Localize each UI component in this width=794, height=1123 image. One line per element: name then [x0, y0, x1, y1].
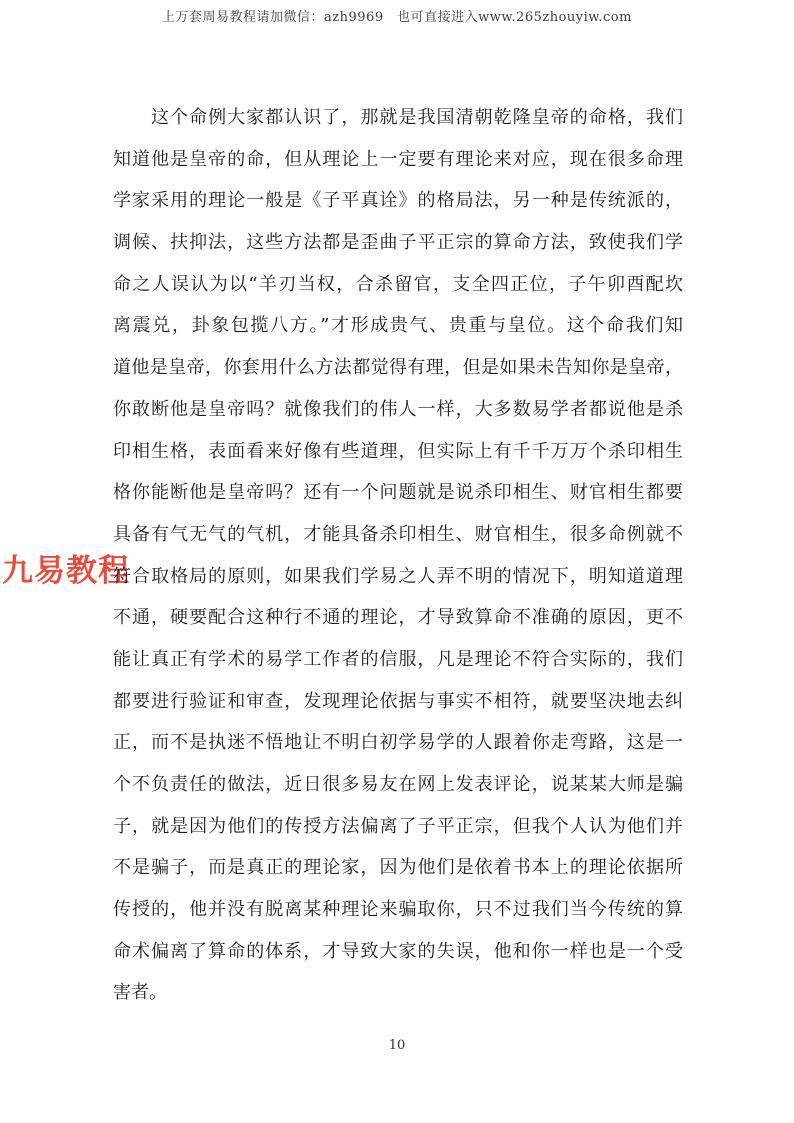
text-line: 印相生格，表面看来好像有些道理，但实际上有千千万万个杀印相生: [113, 431, 683, 473]
text-line: 具备有气无气的气机，才能具备杀印相生、财官相生，很多命例就不: [113, 514, 683, 556]
text-line: 能让真正有学术的易学工作者的信服，凡是理论不符合实际的，我们: [113, 639, 683, 681]
text-line: 子，就是因为他们的传授方法偏离了子平正宗，但我个人认为他们并: [113, 806, 683, 848]
text-line: 命之人误认为以“羊刃当权，合杀留官，支全四正位，子午卯酉配坎: [113, 264, 683, 306]
text-line: 格你能断他是皇帝吗？还有一个问题就是说杀印相生、财官相生都要: [113, 472, 683, 514]
text-line: 调候、扶抑法，这些方法都是歪曲子平正宗的算命方法，致使我们学: [113, 222, 683, 264]
text-line: 你敢断他是皇帝吗？就像我们的伟人一样，大多数易学者都说他是杀: [113, 389, 683, 431]
text-line: 学家采用的理论一般是《子平真诠》的格局法，另一种是传统派的，: [113, 180, 683, 222]
text-line: 正，而不是执迷不悟地让不明白初学易学的人跟着你走弯路，这是一: [113, 722, 683, 764]
text-line: 命术偏离了算命的体系，才导致大家的失误，他和你一样也是一个受: [113, 931, 683, 973]
text-line: 不通，硬要配合这种行不通的理论，才导致算命不准确的原因，更不: [113, 597, 683, 639]
document-page: 上万套周易教程请加微信：azh9969 也可直接进入www.265zhouyiw…: [0, 0, 794, 1123]
watermark: 九易教程: [2, 545, 130, 590]
text-line: 符合取格局的原则，如果我们学易之人弄不明的情况下，明知道道理: [113, 556, 683, 598]
text-line: 都要进行验证和审查，发现理论依据与事实不相符，就要坚决地去纠: [113, 681, 683, 723]
text-line: 这个命例大家都认识了，那就是我国清朝乾隆皇帝的命格，我们: [113, 97, 683, 139]
page-number: 10: [0, 1038, 794, 1053]
text-line: 道他是皇帝，你套用什么方法都觉得有理，但是如果未告知你是皇帝，: [113, 347, 683, 389]
text-line: 不是骗子，而是真正的理论家，因为他们是依着书本上的理论依据所: [113, 847, 683, 889]
text-line: 传授的，他并没有脱离某种理论来骗取你，只不过我们当今传统的算: [113, 889, 683, 931]
header-contact-text: 上万套周易教程请加微信：azh9969 也可直接进入www.265zhouyiw…: [0, 6, 794, 25]
text-line: 知道他是皇帝的命，但从理论上一定要有理论来对应，现在很多命理: [113, 139, 683, 181]
body-text: 这个命例大家都认识了，那就是我国清朝乾隆皇帝的命格，我们 知道他是皇帝的命，但从…: [113, 97, 683, 1014]
text-line: 离震兑，卦象包揽八方。”才形成贵气、贵重与皇位。这个命我们知: [113, 305, 683, 347]
text-line: 个不负责任的做法，近日很多易友在网上发表评论，说某某大师是骗: [113, 764, 683, 806]
text-line: 害者。: [113, 972, 683, 1014]
